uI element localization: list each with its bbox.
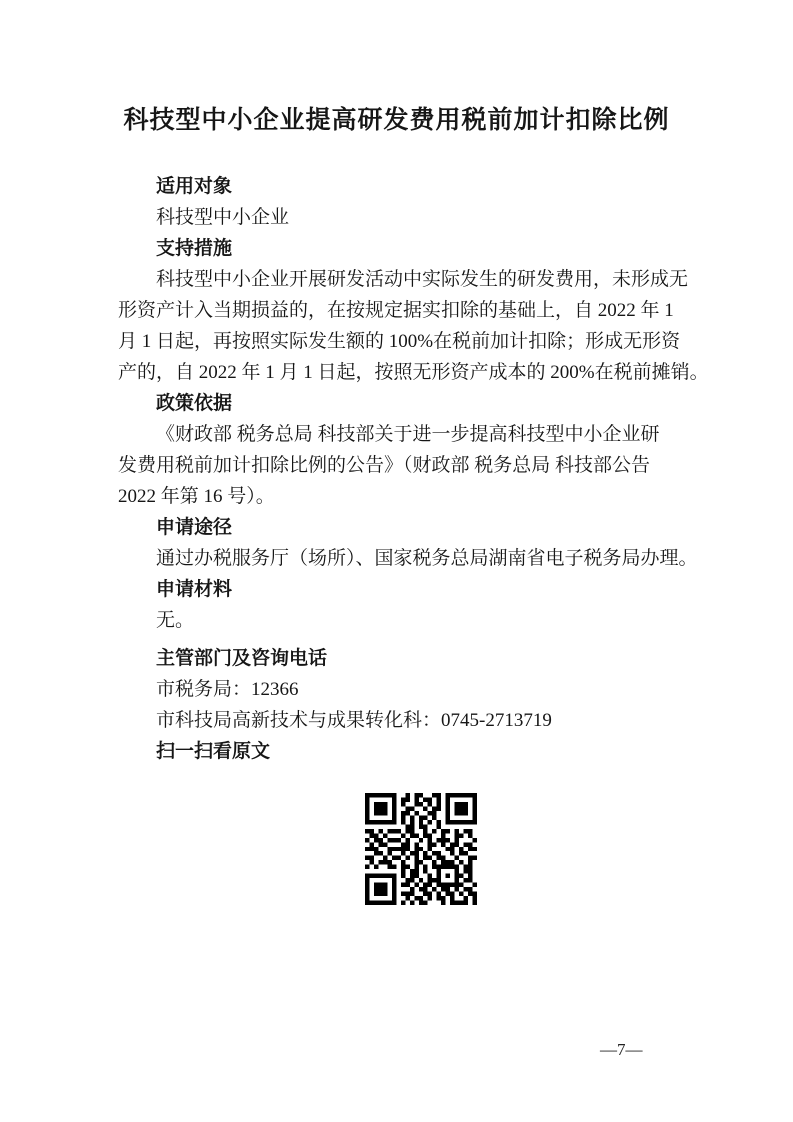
body-line: 形资产计入当期损益的，在按规定据实扣除的基础上，自 2022 年 1 <box>118 295 680 326</box>
section: 申请材料无。 <box>118 574 680 636</box>
body-line: 科技型中小企业开展研发活动中实际发生的研发费用，未形成无 <box>118 264 680 295</box>
body-line: 无。 <box>118 605 680 636</box>
body-line: 科技型中小企业 <box>118 202 680 233</box>
section-heading: 申请途径 <box>118 512 680 543</box>
document-page: 科技型中小企业提高研发费用税前加计扣除比例 适用对象科技型中小企业支持措施科技型… <box>0 0 793 1122</box>
page-title: 科技型中小企业提高研发费用税前加计扣除比例 <box>0 100 793 136</box>
section: 适用对象科技型中小企业 <box>118 171 680 233</box>
section: 扫一扫看原文 <box>118 736 680 767</box>
section-heading: 适用对象 <box>118 171 680 202</box>
qr-code <box>365 793 477 905</box>
page-number: —7— <box>0 1040 793 1060</box>
section-heading: 申请材料 <box>118 574 680 605</box>
section: 申请途径通过办税服务厅（场所）、国家税务总局湖南省电子税务局办理。 <box>118 512 680 574</box>
section: 主管部门及咨询电话市税务局：12366市科技局高新技术与成果转化科：0745-2… <box>118 643 680 736</box>
body-line: 市科技局高新技术与成果转化科：0745-2713719 <box>118 705 680 736</box>
body-line: 产的，自 2022 年 1 月 1 日起，按照无形资产成本的 200%在税前摊销… <box>118 357 680 388</box>
body-line: 发费用税前加计扣除比例的公告》（财政部 税务总局 科技部公告 <box>118 450 680 481</box>
body-line: 通过办税服务厅（场所）、国家税务总局湖南省电子税务局办理。 <box>118 543 680 574</box>
body-line: 《财政部 税务总局 科技部关于进一步提高科技型中小企业研 <box>118 419 680 450</box>
section-heading: 扫一扫看原文 <box>118 736 680 767</box>
body-line: 月 1 日起，再按照实际发生额的 100%在税前加计扣除；形成无形资 <box>118 326 680 357</box>
section: 支持措施科技型中小企业开展研发活动中实际发生的研发费用，未形成无形资产计入当期损… <box>118 233 680 388</box>
section-heading: 支持措施 <box>118 233 680 264</box>
section-heading: 政策依据 <box>118 388 680 419</box>
body-line: 市税务局：12366 <box>118 674 680 705</box>
section: 政策依据《财政部 税务总局 科技部关于进一步提高科技型中小企业研发费用税前加计扣… <box>118 388 680 512</box>
section-heading: 主管部门及咨询电话 <box>118 643 680 674</box>
body-line: 2022 年第 16 号）。 <box>118 481 680 512</box>
document-body: 适用对象科技型中小企业支持措施科技型中小企业开展研发活动中实际发生的研发费用，未… <box>118 171 680 767</box>
